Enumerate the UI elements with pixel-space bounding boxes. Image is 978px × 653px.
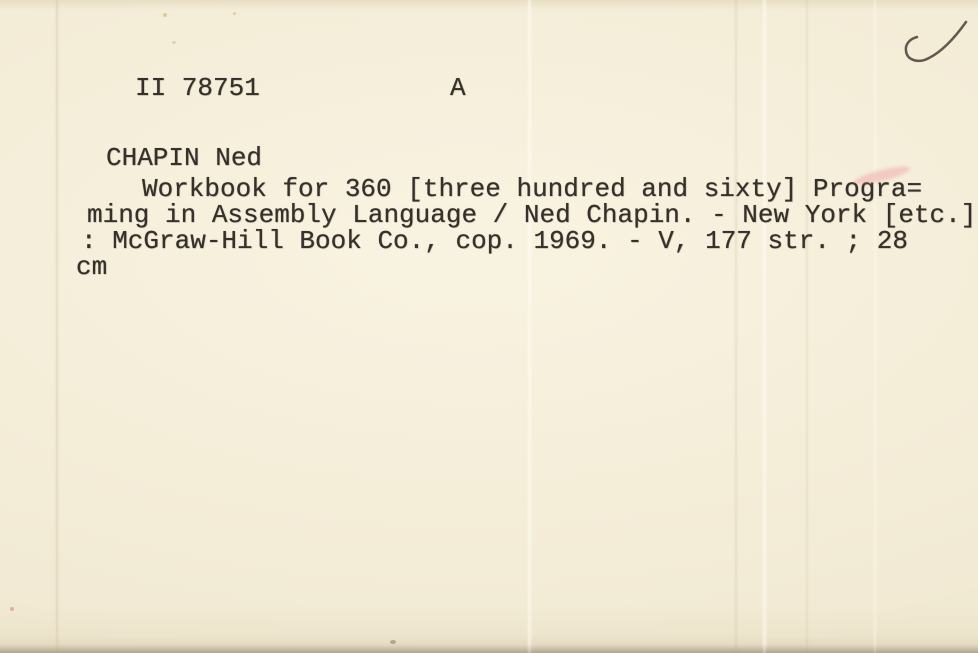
catalog-card-scan: II 78751 A CHAPIN Ned Workbook for 360 […	[0, 0, 978, 653]
paper-speck	[172, 41, 176, 44]
paper-streak	[874, 0, 876, 653]
paper-speck	[10, 607, 14, 611]
author-heading: CHAPIN Ned	[106, 145, 262, 171]
description-line: Workbook for 360 [three hundred and sixt…	[142, 176, 922, 202]
description-line: : McGraw-Hill Book Co., cop. 1969. - V, …	[81, 228, 908, 254]
section-letter: A	[450, 75, 466, 101]
paper-streak	[763, 0, 766, 653]
call-number: II 78751	[135, 75, 260, 101]
handwritten-pen-mark	[898, 16, 974, 76]
paper-speck	[390, 640, 396, 644]
paper-speck	[163, 13, 167, 17]
paper-crease-line	[56, 0, 58, 653]
description-line: cm	[76, 254, 107, 280]
paper-speck	[233, 12, 236, 15]
paper-streak	[528, 0, 531, 653]
paper-streak	[735, 0, 737, 653]
description-line: ming in Assembly Language / Ned Chapin. …	[87, 202, 976, 228]
card-bottom-edge-shadow	[0, 644, 978, 653]
paper-streak	[806, 0, 808, 653]
